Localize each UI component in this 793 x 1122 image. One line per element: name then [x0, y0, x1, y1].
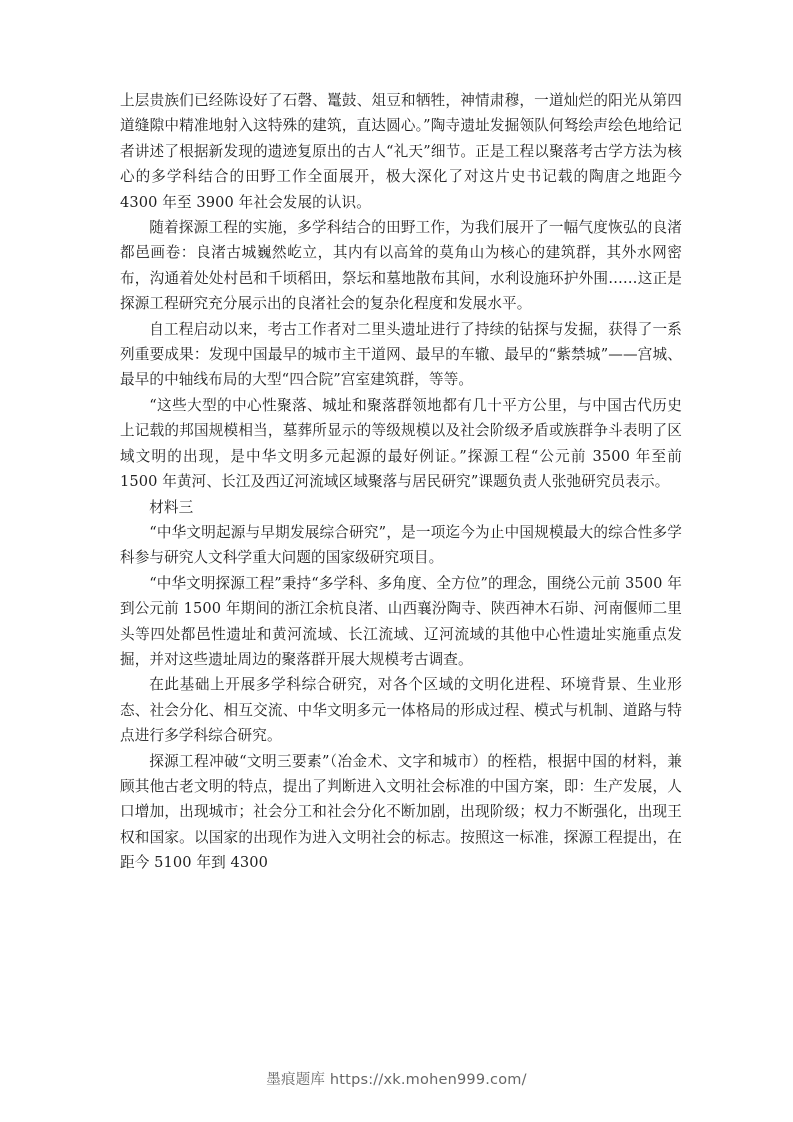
paragraph-erlitou: 自工程启动以来，考古工作者对二里头遗址进行了持续的钻探与发掘，获得了一系列重要成… [120, 317, 682, 393]
paragraph-taosi-ritual: 上层贵族们已经陈设好了石磬、鼍鼓、俎豆和牺牲，神情肃穆，一道灿烂的阳光从第四道缝… [120, 88, 682, 215]
document-body: 上层贵族们已经陈设好了石磬、鼍鼓、俎豆和牺牲，神情肃穆，一道灿烂的阳光从第四道缝… [120, 88, 682, 876]
paragraph-excavation-sites: “中华文明探源工程”秉持“多学科、多角度、全方位”的理念，围绕公元前 3500 … [120, 571, 682, 673]
paragraph-project-intro: “中华文明起源与早期发展综合研究”，是一项迄今为止中国规模最大的综合性多学科参与… [120, 520, 682, 571]
paragraph-civilization-standard: 探源工程冲破“文明三要素”（冶金术、文字和城市）的桎梏，根据中国的材料，兼顾其他… [120, 749, 682, 876]
paragraph-zhang-chi-quote: “这些大型的中心性聚落、城址和聚落群领地都有几十平方公里，与中国古代历史上记载的… [120, 393, 682, 495]
footer-watermark: 墨痕题库 https://xk.mohen999.com/ [0, 1068, 793, 1089]
paragraph-multidisciplinary-research: 在此基础上开展多学科综合研究，对各个区域的文明化进程、环境背景、生业形态、社会分… [120, 672, 682, 748]
section-heading-material-three: 材料三 [120, 495, 682, 520]
paragraph-liangzhu: 随着探源工程的实施，多学科结合的田野工作，为我们展开了一幅气度恢弘的良渚都邑画卷… [120, 215, 682, 317]
